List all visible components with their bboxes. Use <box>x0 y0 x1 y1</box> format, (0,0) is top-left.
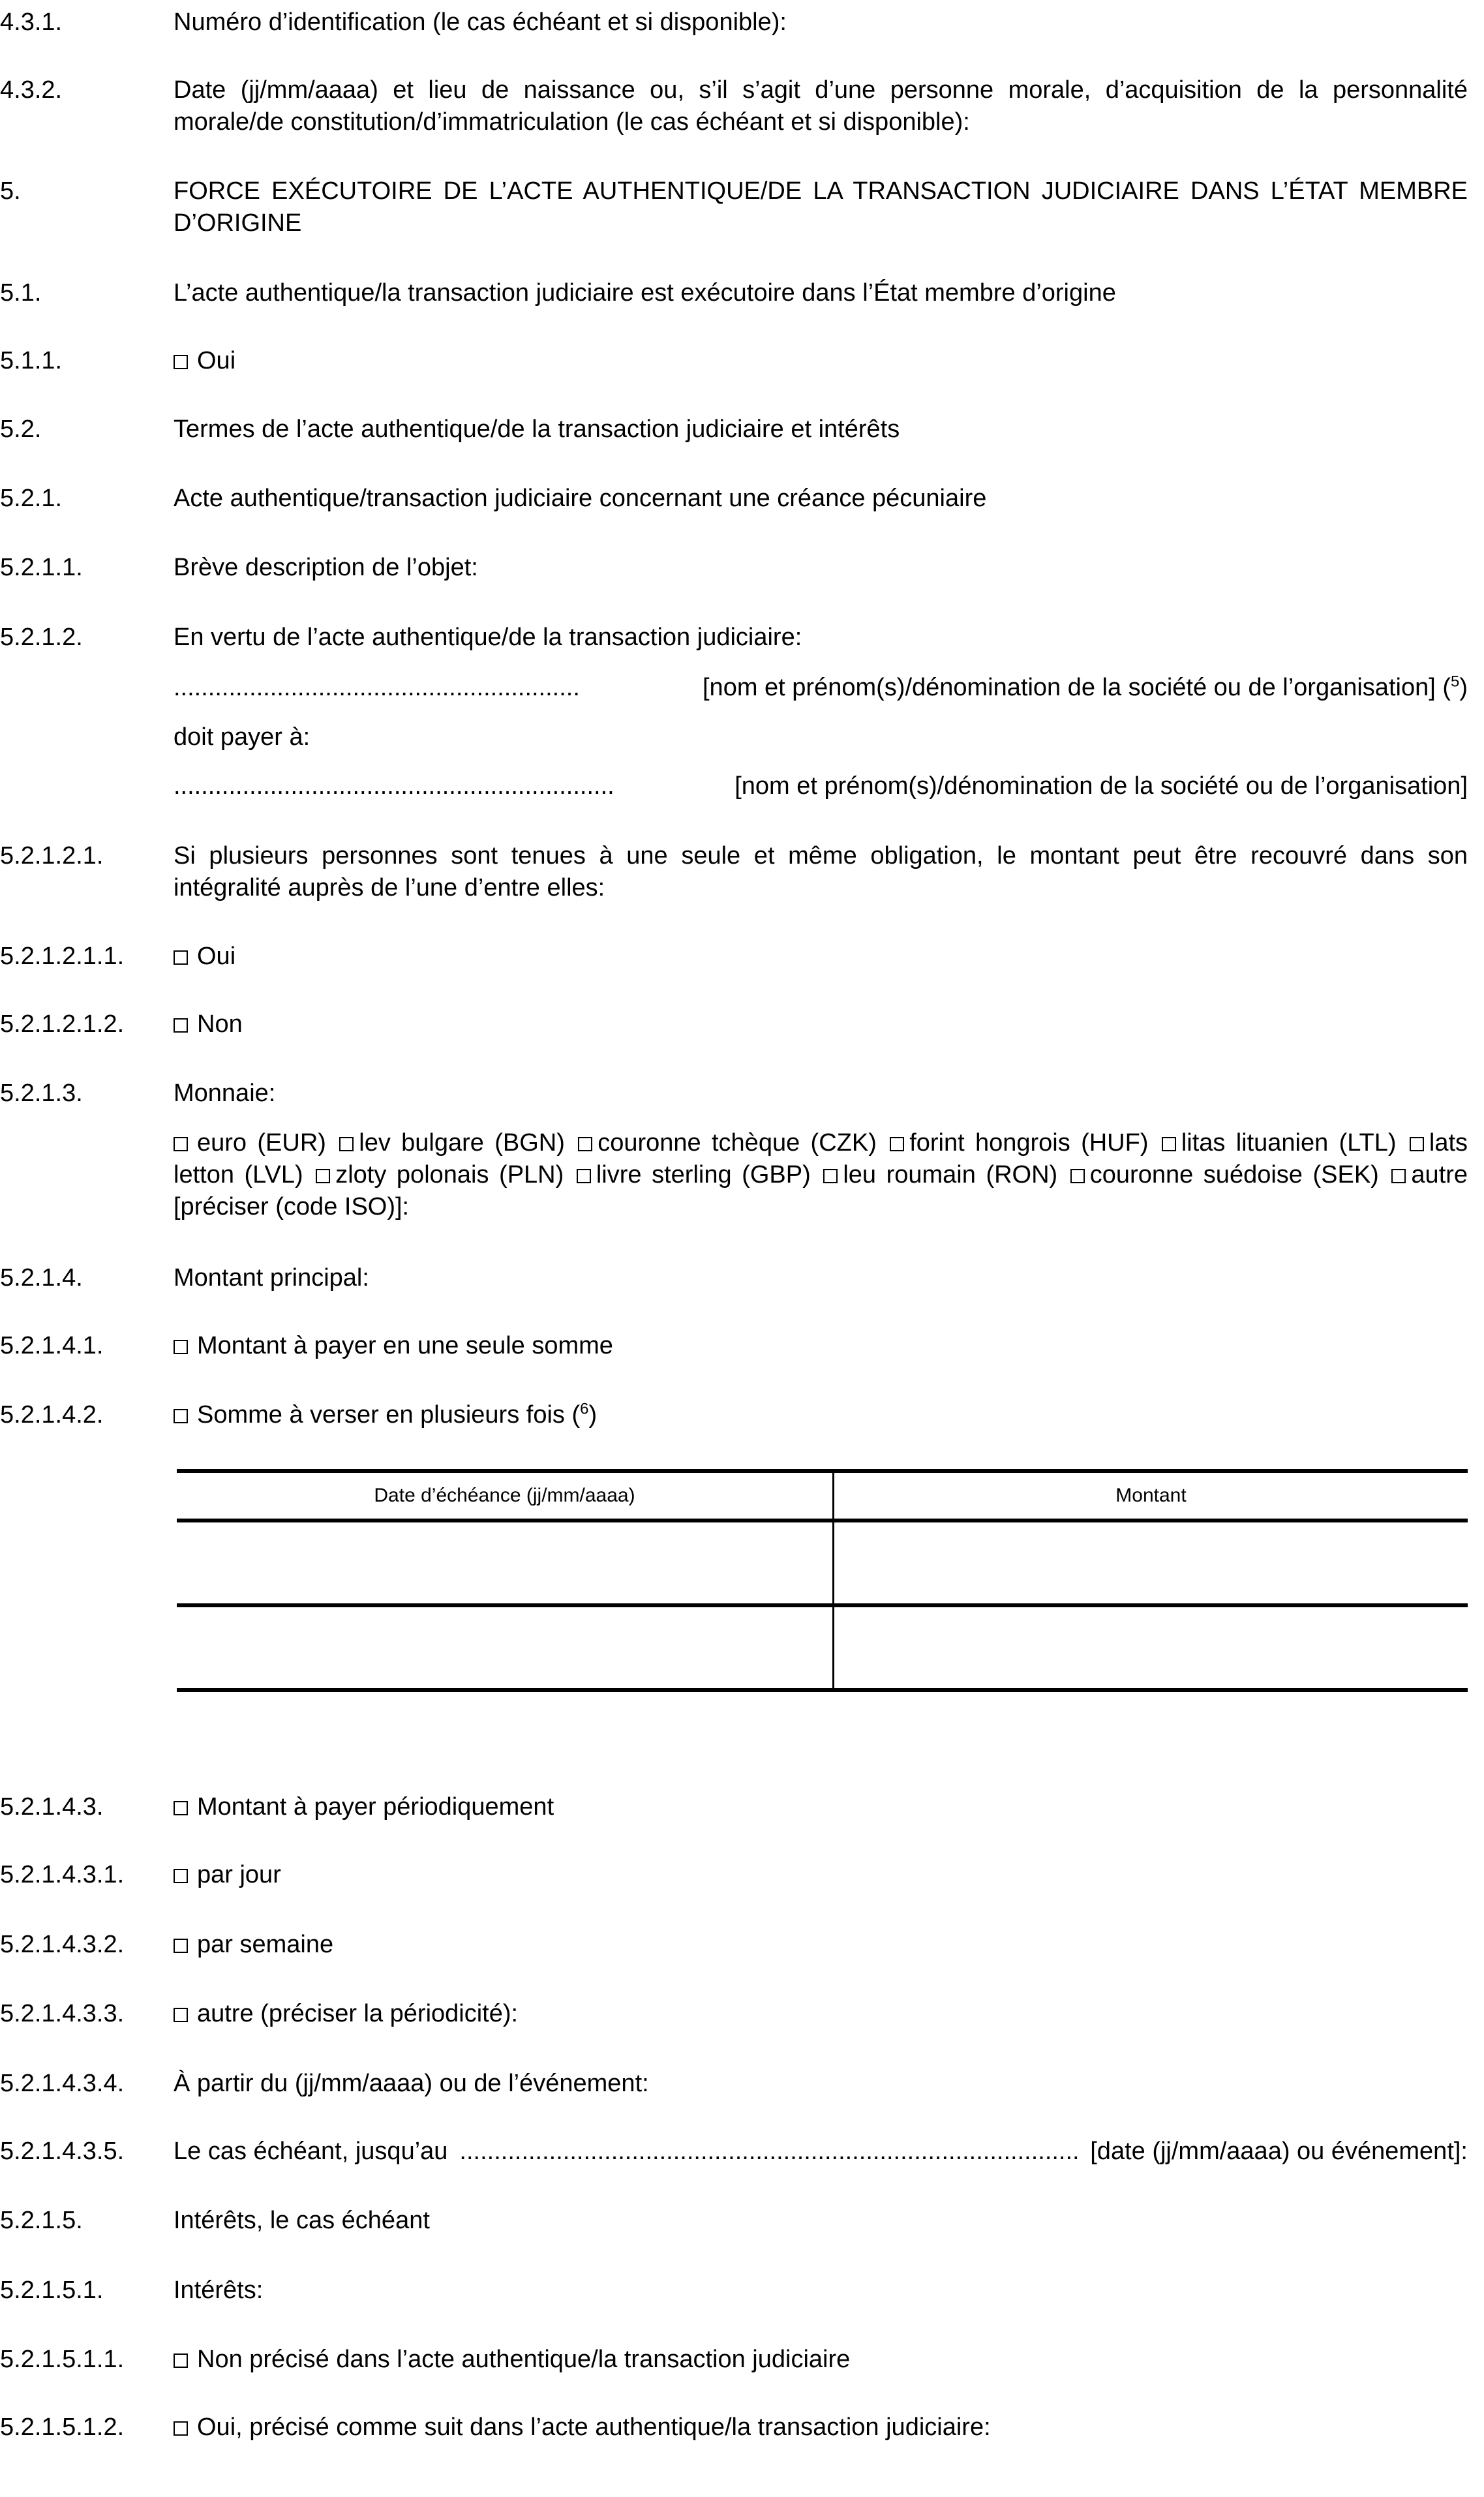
currency-checkbox[interactable] <box>174 1137 188 1151</box>
item-number: 5.2.1.3. <box>0 1078 83 1110</box>
footnote-ref: 6 <box>580 1400 588 1417</box>
item-text: Intérêts: <box>174 2275 1468 2307</box>
item-number: 5.2.1.4.1. <box>0 1330 103 1362</box>
debtor-label: [nom et prénom(s)/dénomination de la soc… <box>703 674 1451 701</box>
currency-list: euro (EUR) lev bulgare (BGN) couronne tc… <box>174 1127 1468 1223</box>
item-number: 5.2.1.4.3.1. <box>0 1859 124 1891</box>
amount-cell[interactable] <box>834 1521 1468 1605</box>
checkbox-label: Montant à payer en une seule somme <box>197 1332 613 1359</box>
currency-label: litas lituanien (LTL) <box>1181 1129 1397 1157</box>
item-text: Si plusieurs personnes sont tenues à une… <box>174 840 1468 904</box>
item-number: 5.2.1.5.1. <box>0 2275 103 2307</box>
item-number: 5.2.1.4.2. <box>0 1399 103 1431</box>
item-number: 5. <box>0 175 21 207</box>
item-text: Acte authentique/transaction judiciaire … <box>174 483 1468 515</box>
item-text: Termes de l’acte authentique/de la trans… <box>174 414 1468 446</box>
checkbox-weekly[interactable] <box>174 1939 188 1953</box>
item-number: 5.2.1.1. <box>0 552 83 584</box>
due-date-cell[interactable] <box>177 1521 834 1605</box>
checkbox-oui[interactable] <box>174 355 188 369</box>
item-number: 5.2.1.4. <box>0 1262 83 1294</box>
item-number: 4.3.2. <box>0 74 62 106</box>
item-number: 5.2.1.5.1.1. <box>0 2344 124 2376</box>
currency-label: zloty polonais (PLN) <box>335 1161 564 1188</box>
debtor-fill-field[interactable]: ........................................… <box>174 672 580 704</box>
table-row <box>177 1521 1468 1605</box>
table-row <box>177 1605 1468 1690</box>
item-number: 5.2.1.4.3.2. <box>0 1929 124 1961</box>
currency-checkbox[interactable] <box>823 1169 838 1183</box>
item-text: Le cas échéant, jusqu’au <box>174 2136 447 2168</box>
checkbox-label: Oui, précisé comme suit dans l’acte auth… <box>197 2414 991 2441</box>
item-text: Intérêts, le cas échéant <box>174 2205 1468 2237</box>
currency-checkbox[interactable] <box>339 1137 354 1151</box>
item-text: L’acte authentique/la transaction judici… <box>174 277 1468 309</box>
item-text: Numéro d’identification (le cas échéant … <box>174 7 1468 38</box>
footnote-ref: 5 <box>1451 673 1459 690</box>
item-number: 5.2.1.2. <box>0 622 83 654</box>
item-number: 5.2.1. <box>0 483 62 515</box>
currency-checkbox[interactable] <box>1070 1169 1085 1183</box>
must-pay-text: doit payer à: <box>174 721 1468 753</box>
instalments-table: Date d’échéance (jj/mm/aaaa) Montant <box>177 1469 1468 1692</box>
checkbox-label: autre (préciser la périodicité): <box>197 2000 518 2027</box>
checkbox-daily[interactable] <box>174 1869 188 1883</box>
checkbox-other-period[interactable] <box>174 2008 188 2022</box>
item-number: 5.2.1.4.3.3. <box>0 1998 124 2030</box>
currency-checkbox[interactable] <box>316 1169 330 1183</box>
currency-checkbox[interactable] <box>1391 1169 1406 1183</box>
checkbox-label: Non précisé dans l’acte authentique/la t… <box>197 2346 850 2373</box>
currency-checkbox[interactable] <box>577 1169 591 1183</box>
item-number: 5.2.1.2.1.1. <box>0 941 124 973</box>
currency-checkbox[interactable] <box>1162 1137 1176 1151</box>
item-number: 5.1. <box>0 277 41 309</box>
amount-cell[interactable] <box>834 1605 1468 1690</box>
due-date-cell[interactable] <box>177 1605 834 1690</box>
creditor-fill-field[interactable]: ........................................… <box>174 770 614 802</box>
checkbox-label: Oui <box>197 347 235 374</box>
checkbox-label: Oui <box>197 943 235 970</box>
creditor-label: [nom et prénom(s)/dénomination de la soc… <box>614 770 1468 802</box>
checkbox-non[interactable] <box>174 1018 188 1033</box>
section-title: FORCE EXÉCUTOIRE DE L’ACTE AUTHENTIQUE/D… <box>174 175 1468 239</box>
checkbox-periodic[interactable] <box>174 1801 188 1815</box>
currency-checkbox[interactable] <box>890 1137 904 1151</box>
item-number: 5.2.1.5. <box>0 2205 83 2237</box>
item-text: Date (jj/mm/aaaa) et lieu de naissance o… <box>174 74 1468 138</box>
checkbox-label: Montant à payer périodiquement <box>197 1793 554 1821</box>
item-text: À partir du (jj/mm/aaaa) ou de l’événeme… <box>174 2068 1468 2100</box>
currency-label: forint hongrois (HUF) <box>909 1129 1148 1157</box>
item-number: 5.1.1. <box>0 345 62 377</box>
item-number: 5.2.1.4.3.4. <box>0 2068 124 2100</box>
item-number: 5.2.1.5.1.2. <box>0 2412 124 2444</box>
until-fill-field[interactable]: ........................................… <box>459 2136 1079 2168</box>
item-number: 5.2.1.2.1.2. <box>0 1008 124 1040</box>
item-number: 5.2.1.4.3.5. <box>0 2136 124 2168</box>
item-text: Brève description de l’objet: <box>174 552 1468 584</box>
item-number: 4.3.1. <box>0 7 62 38</box>
currency-label: livre sterling (GBP) <box>596 1161 811 1188</box>
currency-label: couronne suédoise (SEK) <box>1090 1161 1379 1188</box>
checkbox-label: Somme à verser en plusieurs fois ( <box>197 1401 580 1429</box>
currency-label: leu roumain (RON) <box>843 1161 1057 1188</box>
item-text: Montant principal: <box>174 1262 1468 1294</box>
checkbox-label: Non <box>197 1010 243 1038</box>
item-number: 5.2.1.4.3. <box>0 1791 103 1823</box>
currency-label: euro (EUR) <box>197 1129 326 1157</box>
column-header-due-date: Date d’échéance (jj/mm/aaaa) <box>177 1471 834 1521</box>
item-text: En vertu de l’acte authentique/de la tra… <box>174 622 1468 654</box>
item-number: 5.2.1.2.1. <box>0 840 103 872</box>
item-text: Monnaie: <box>174 1078 1468 1110</box>
checkbox-oui[interactable] <box>174 950 188 965</box>
checkbox-single-payment[interactable] <box>174 1340 188 1354</box>
until-label: [date (jj/mm/aaaa) ou événement]: <box>1080 2136 1468 2168</box>
currency-checkbox[interactable] <box>578 1137 592 1151</box>
checkbox-instalments[interactable] <box>174 1409 188 1423</box>
currency-checkbox[interactable] <box>1410 1137 1424 1151</box>
checkbox-label: par jour <box>197 1861 281 1888</box>
currency-label: couronne tchèque (CZK) <box>598 1129 877 1157</box>
item-number: 5.2. <box>0 414 41 446</box>
column-header-amount: Montant <box>834 1471 1468 1521</box>
currency-label: lev bulgare (BGN) <box>359 1129 565 1157</box>
checkbox-label: par semaine <box>197 1931 333 1958</box>
checkbox-specified[interactable] <box>174 2421 188 2436</box>
checkbox-not-specified[interactable] <box>174 2353 188 2368</box>
